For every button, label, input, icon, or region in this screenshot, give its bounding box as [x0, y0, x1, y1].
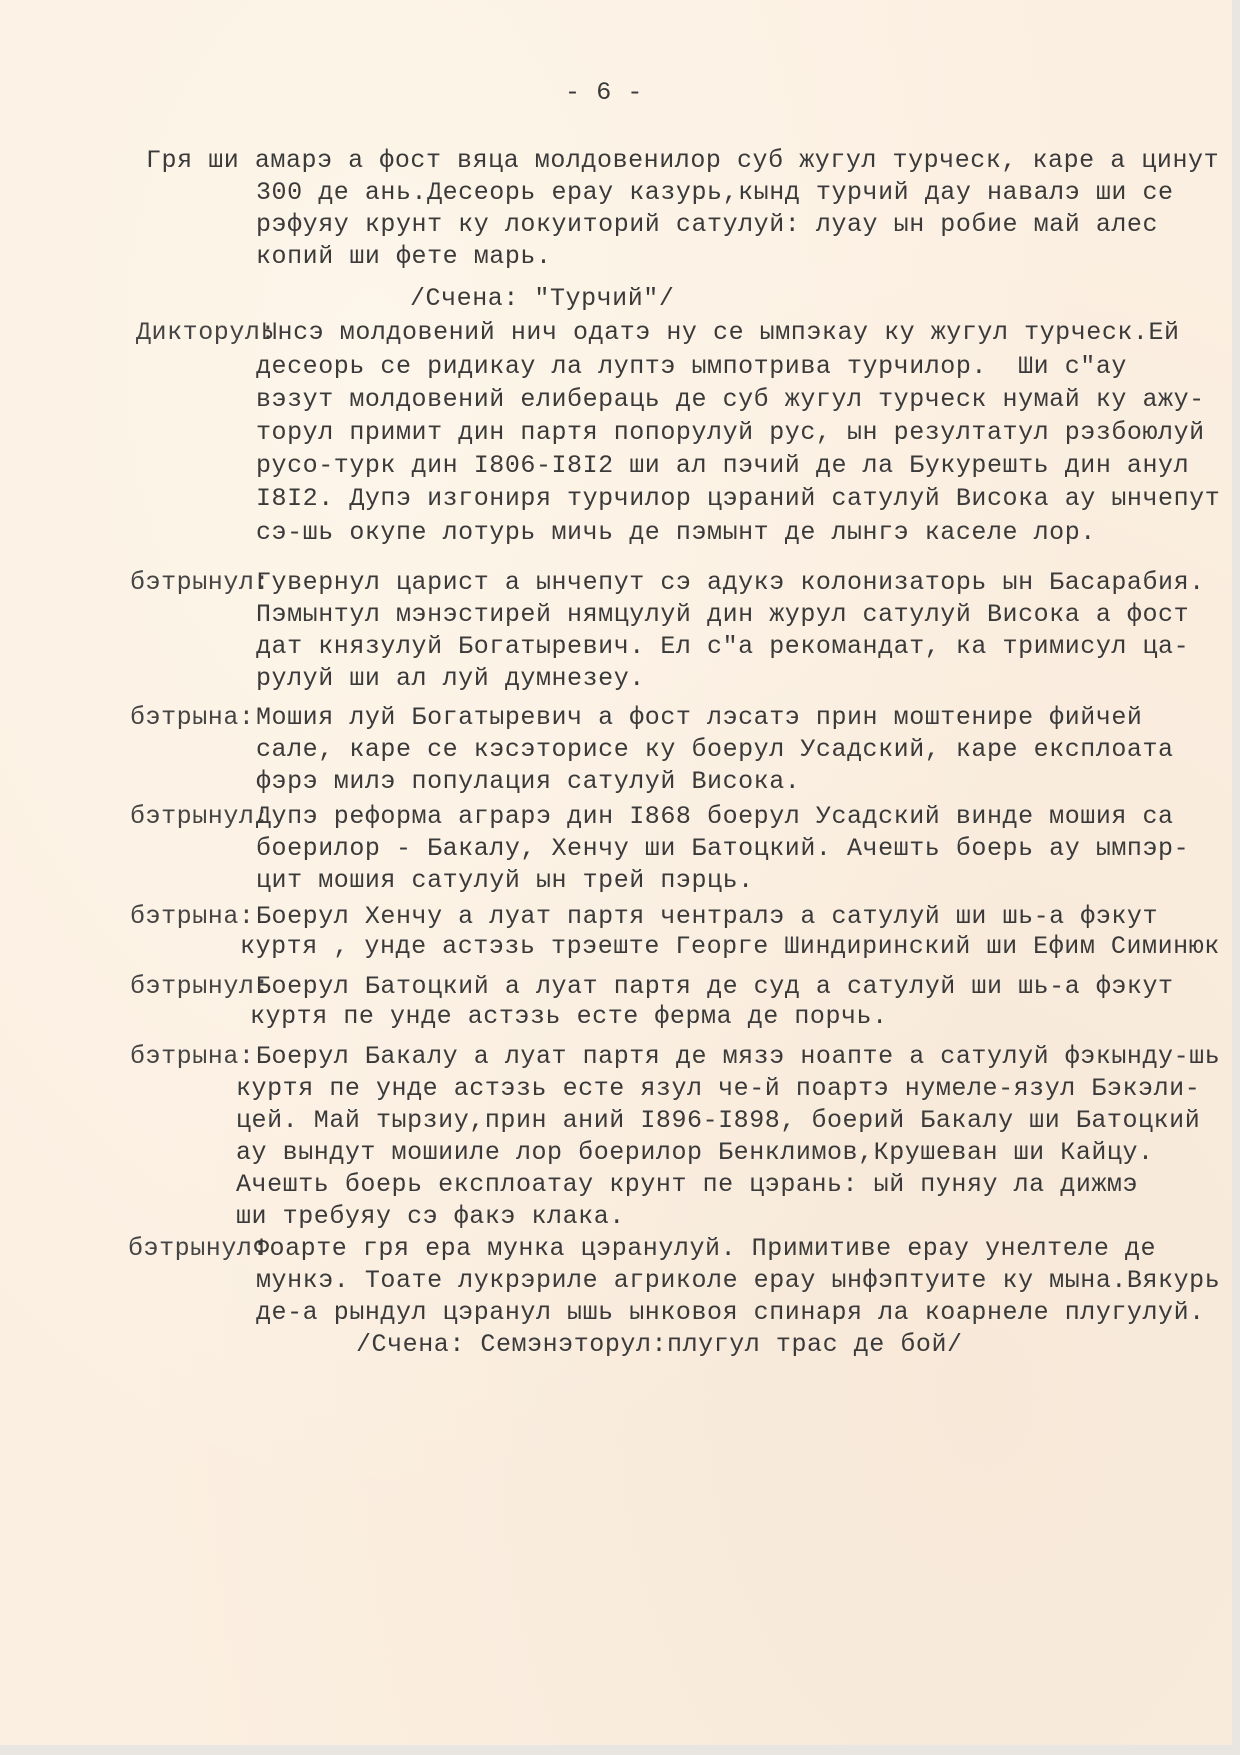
intro-line: Гря ши амарэ а фост вяца молдовенилор су… [146, 146, 1219, 175]
dialogue-line: цей. Май тырзиу,прин аний I896-I898, бое… [236, 1106, 1200, 1135]
dialogue-line: куртя , унде астэзь трэеште Георге Шинди… [240, 932, 1220, 961]
dialogue-line: Дупэ реформа аграрэ дин I868 боерул Усад… [256, 802, 1174, 831]
dialogue-line: Боерул Хенчу а луат партя чентралэ а сат… [256, 902, 1158, 931]
scene-direction: /Счена: Семэнэторул:плугул трас де бой/ [356, 1330, 963, 1359]
dialogue-line: фэрэ милэ популация сатулуй Висока. [256, 767, 800, 796]
dialogue-line: боерилор - Бакалу, Хенчу ши Батоцкий. Ач… [256, 834, 1189, 863]
dialogue-line: Боерул Батоцкий а луат партя де суд а са… [256, 972, 1174, 1001]
dialogue-line: десеорь се ридикау ла луптэ ымпотрива ту… [256, 352, 1127, 381]
dialogue-line: торул примит дин партя попорулуй рус, ын… [256, 418, 1205, 447]
speaker-label: бэтрынул: [128, 1234, 268, 1263]
dialogue-line: Гувернул царист а ынчепут сэ адукэ колон… [256, 568, 1205, 597]
dialogue-line: ши требуяу сэ факэ клака. [236, 1202, 625, 1231]
dialogue-line: сэ-шь окупе лотурь мичь де пэмынт де лын… [256, 518, 1096, 547]
dialogue-line: Боерул Бакалу а луат партя де мязэ ноапт… [256, 1042, 1220, 1071]
dialogue-line: де-а рындул цэранул ышь ынковоя спинаря … [256, 1298, 1205, 1327]
speaker-label: бэтрына: [130, 1042, 254, 1071]
speaker-label: Дикторул: [136, 318, 276, 347]
dialogue-line: русо-турк дин I806-I8I2 ши ал пэчий де л… [256, 451, 1189, 480]
speaker-label: бэтрынул: [130, 802, 270, 831]
dialogue-line: Фоарте гря ера мунка цэранулуй. Примитив… [254, 1234, 1156, 1263]
dialogue-line: Пэмынтул мэнэстирей нямцулуй дин журул с… [256, 600, 1189, 629]
speaker-label: бэтрынул: [130, 568, 270, 597]
dialogue-line: Ачешть боерь експлоатау крунт пе цэрань:… [236, 1170, 1138, 1199]
dialogue-line: рулуй ши ал луй думнезеу. [256, 664, 645, 693]
dialogue-line: дат князулуй Богатыревич. Ел с"а рекоман… [256, 632, 1189, 661]
intro-line: рэфуяу крунт ку локуиторий сатулуй: луау… [256, 210, 1158, 239]
dialogue-line: ау вындут мошииле лор боерилор Бенклимов… [236, 1138, 1154, 1167]
dialogue-line: вэзут молдовений елибераць де суб жугул … [256, 385, 1205, 414]
intro-line: копий ши фете марь. [256, 242, 552, 271]
intro-line: 300 де ань.Десеорь ерау казурь,кынд турч… [256, 178, 1174, 207]
scene-direction: /Счена: "Турчий"/ [410, 284, 674, 313]
dialogue-line: Ынсэ молдовений нич одатэ ну се ымпэкау … [262, 318, 1180, 347]
dialogue-line: Мошия луй Богатыревич а фост лэсатэ прин… [256, 703, 1143, 732]
dialogue-line: мункэ. Тоате лукрэриле агриколе ерау ынф… [256, 1266, 1220, 1295]
speaker-label: бэтрына: [130, 703, 270, 732]
speaker-label: бэтрынул: [130, 972, 270, 1001]
dialogue-line: сале, каре се кэсэторисе ку боерул Усадс… [256, 735, 1174, 764]
typewritten-page: - 6 - Гря ши амарэ а фост вяца молдовени… [0, 0, 1232, 1745]
dialogue-line: цит мошия сатулуй ын трей пэрць. [256, 866, 754, 895]
dialogue-line: куртя пе унде астэзь есте язул че-й поар… [236, 1074, 1200, 1103]
dialogue-line: I8I2. Дупэ изгониря турчилор цэраний сат… [256, 484, 1220, 513]
dialogue-line: куртя пе унде астэзь есте ферма де порчь… [250, 1002, 888, 1031]
page-number: - 6 - [565, 78, 643, 108]
speaker-label: бэтрына: [130, 902, 254, 931]
